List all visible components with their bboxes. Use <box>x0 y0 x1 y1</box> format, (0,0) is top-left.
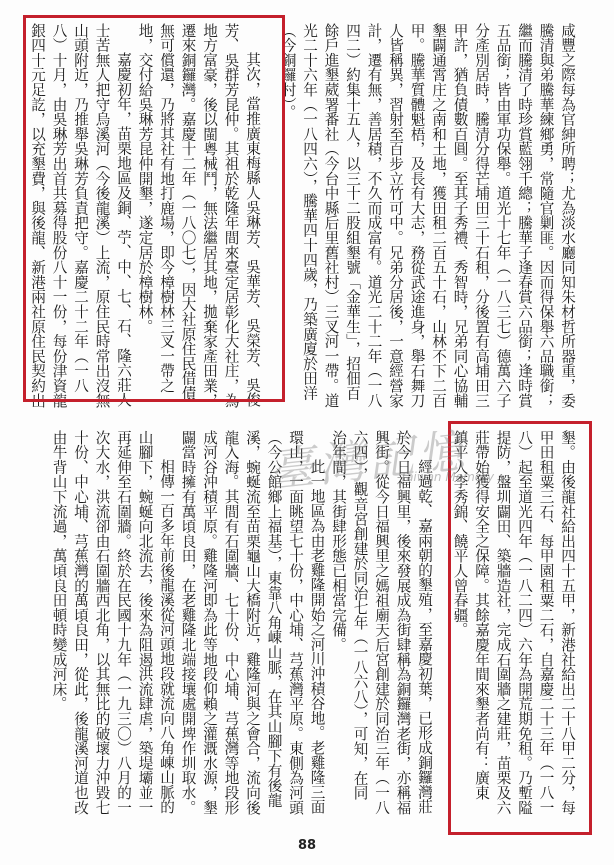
highlighted-text-column: 山頭附近，乃推舉吳琳芳負責把守。嘉慶二十二年（一八 <box>70 23 92 393</box>
highlighted-text-column: 提防，盤圳闢田、築牆造社，完成石圍牆之建莊，苗栗及六 <box>492 430 514 815</box>
bottom-text-block: 墾。由後龍社給出四十五甲，新港社給出二十八甲二分，每 甲田租粟三石、每甲園租粟二… <box>48 430 578 815</box>
text-column: 光二十六年（一八四六），騰華四十四歲，乃築廣廈於田洋 <box>299 23 321 401</box>
text-column: 環山，一面眺望七十份，中心埔、芎蕉灣平原。東側為河頭 <box>285 430 307 815</box>
highlighted-text-column: 其次，當推廣東梅縣人吳琳芳、吳華芳、吳榮芳、吳俊 <box>242 23 264 407</box>
highlighted-text-column: 八）起至道光四年（一八二四）六年為開荒期免租。乃塹隘 <box>514 430 536 815</box>
text-column: （今銅鑼村）。 <box>277 23 299 119</box>
text-column: 再延伸至石圍牆。終於在民國十九年（一九三〇）八月的一 <box>113 430 135 815</box>
text-column: 餘戶進墾葳署番社（今台中縣后里舊社村）三叉河一帶。道 <box>320 23 342 408</box>
document-page: 咸豐之際每為官紳所聘；尤為淡水廳同知朱材哲所器重，委 騰清與弟騰華練鄉勇，常隨官… <box>0 0 614 865</box>
text-column: 闢當時擁有萬頃良田，在老雞隆北端接壤處開埤作圳取水。 <box>177 430 199 815</box>
text-column: 騰清與弟騰華練鄉勇，常隨官剿匪。因而得保舉六品職銜； <box>535 23 557 408</box>
text-column: 甲許，猶負債數百圓。至其子秀禮、秀智時，兄弟同心協輔 <box>449 23 471 408</box>
text-column: 山腳下，蜿蜒向北流去，後來為阻遏洪流肆虐，築堤壩並一 <box>134 430 156 815</box>
text-column: 繼而騰清了時珍賞藍翎千總；騰華子逢春賞六品銜；逢時賞 <box>514 23 536 408</box>
highlighted-text-column: 遷來銅鑼灣。嘉慶十二年（一八〇七），因大社原住民借債 <box>177 23 199 401</box>
text-column: 成河谷沖積平原。雞隆河即為此等地段仰賴之灌溉水源，墾 <box>199 430 221 815</box>
top-text-block: 咸豐之際每為官紳所聘；尤為淡水廳同知朱材哲所器重，委 騰清與弟騰華練鄉勇，常隨官… <box>27 23 579 408</box>
text-column: 由牛背山下流過，萬頃良田頓時變成河床。 <box>48 430 70 711</box>
text-column: （今公館鄉上福基），東靠八角崠山脈，在其山腳下有後龍 <box>263 430 285 808</box>
highlighted-text-column: 墾。由後龍社給出四十五甲，新港社給出二十八甲二分，每 <box>557 430 579 815</box>
highlighted-text-column: 八）十月，由吳琳芳出首共募得股份八十一份，每份津資龍 <box>48 23 70 408</box>
highlighted-text-column: 無可償還，乃將其社有地打鹿場，即今樟樹林三叉一帶之 <box>156 23 178 393</box>
text-column: 甲。騰華質體魁梧，及長有大志，務從武途進身，舉石舞刀 <box>406 23 428 408</box>
highlighted-text-column: 士苦無人把守烏溪河（今後龍溪）上流，原住民時常出沒無 <box>91 23 113 408</box>
text-column: 次大水，洪流卻由石圍牆西北角，以其無比的破壞力沖毀七 <box>91 430 113 815</box>
highlighted-text-column: 莊帶始獲得安全之保障。其餘嘉慶年間來墾者尚有：廣東 <box>471 430 493 800</box>
text-column: 經過乾、嘉兩朝的墾殖，至嘉慶初葉，已形成銅鑼灣莊 <box>414 430 436 814</box>
text-column: 溪，蜿蜒流至苗栗龜山大橋附近，雞隆河與之會合，流向後 <box>242 430 264 815</box>
text-column: 於今日福興里，後來發展成為街肆稱為銅鑼灣老街，亦稱福 <box>392 430 414 815</box>
text-column: 興街。從今日福興里之媽祖廟天后宮創建於同治三年（一八 <box>371 430 393 815</box>
highlighted-text-column: 銀四十元足訖，以充墾費，與後龍、新港兩社原住民契約出 <box>27 23 49 408</box>
highlighted-text-column: 鎮平人李秀錦、饒平人曾春疆。 <box>449 430 471 637</box>
text-column: 四二）約集十五人，以三十二股組墾號「金華生」，招佃百 <box>342 23 364 401</box>
text-column: 此一地區為由老雞隆開始之河川沖積谷地。老雞隆三面 <box>306 430 328 814</box>
page-number: 88 <box>0 838 614 853</box>
text-column: 治年間，其街肆形態已相當完備。 <box>328 430 350 652</box>
text-column: 墾闢通霄庄之南和土地，獲田租二百五十石，山林不下二百 <box>428 23 450 408</box>
text-column: 人皆稱異，習射至百步立竹可中。兄弟分居後，一意經營家 <box>385 23 407 408</box>
text-column: 分產別居時，騰清分得芒埔田三十石租，分後置有高埔田三 <box>471 23 493 408</box>
text-column: 十份、中心埔、芎蕉灣的萬頃良田，從此，後龍溪河道也改 <box>70 430 92 815</box>
highlighted-text-column: 地，交付給吳琳芳昆仲開墾，遂定居於樟樹林。 <box>134 23 156 334</box>
highlighted-text-column: 甲田租粟三石、每甲園租粟二石，自嘉慶二十三年（一八一 <box>535 430 557 815</box>
highlighted-text-column: 芳、吳群芳昆仲。其祖於乾隆年間來臺定居彰化大社庄，為 <box>220 23 242 408</box>
text-column: 六四），觀音宮創建於同治七年（一八六八），可知，在同 <box>349 430 371 800</box>
text-column: 相傳一百多年前後龍溪從河頭地段就流向八角崠山脈的 <box>156 430 178 814</box>
text-column: 五品銜；皆由軍功保舉。道光十七年（一八三七）德萬六子 <box>492 23 514 408</box>
highlighted-text-column: 地方富豪，後以閩粵械鬥，無法繼居其地，拋棄家產田業， <box>199 23 221 408</box>
text-column: 咸豐之際每為官紳所聘；尤為淡水廳同知朱材哲所器重，委 <box>557 23 579 408</box>
text-column: 龍入海。其間有石圍牆、七十份、中心埔、芎蕉灣等地段形 <box>220 430 242 815</box>
text-column: 計，遷有無，善居積，不久而成富有。道光二十二年（一八 <box>363 23 385 408</box>
highlighted-text-column: 嘉慶初年，苗栗地區及銅、苧、中、七、石、隆六莊人 <box>113 23 135 407</box>
